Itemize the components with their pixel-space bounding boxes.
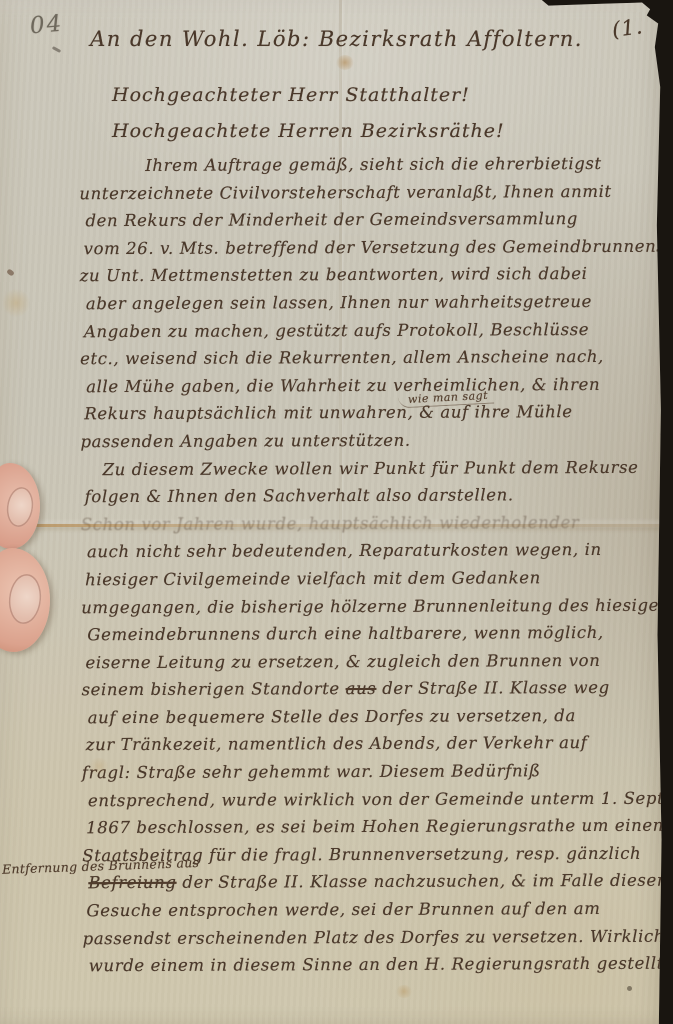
line-text: folgen & Ihnen den Sachverhalt also dars… (85, 485, 514, 506)
ink-stain (336, 55, 354, 70)
line-text-after: der Straße II. Klasse weg (376, 678, 609, 698)
line-text: zu Unt. Mettmenstetten zu beantworten, w… (80, 264, 588, 285)
line-text: Gemeindebrunnens durch eine haltbarere, … (87, 623, 604, 644)
line-text: zur Tränkezeit, namentlich des Abends, d… (86, 733, 588, 754)
line-text: unterzeichnete Civilvorsteherschaft vera… (79, 181, 611, 202)
struck-word: aus (346, 679, 377, 698)
manuscript-line: aber angelegen sein lassen, Ihnen nur wa… (86, 288, 638, 318)
manuscript-line: auf eine bequemere Stelle des Dorfes zu … (88, 702, 640, 732)
manuscript-line: Gesuche entsprochen werde, sei der Brunn… (86, 895, 638, 925)
salutation-line-1: Hochgeachteter Herr Statthalter! (112, 84, 470, 106)
paper-stain (2, 288, 30, 318)
manuscript-line: hiesiger Civilgemeinde vielfach mit dem … (85, 564, 637, 594)
manuscript-line: zur Tränkezeit, namentlich des Abends, d… (86, 729, 638, 759)
manuscript-line: Ihrem Auftrage gemäß, sieht sich die ehr… (83, 150, 635, 180)
line-text: 1867 beschlossen, es sei beim Hohen Regi… (86, 816, 664, 838)
horizontal-fold-crease (30, 524, 667, 527)
manuscript-line: zu Unt. Mettmenstetten zu beantworten, w… (80, 260, 632, 290)
manuscript-line: Angaben zu machen, gestützt aufs Protoko… (84, 315, 636, 345)
line-text: eiserne Leitung zu ersetzen, & zugleich … (85, 651, 600, 672)
manuscript-line: unterzeichnete Civilvorsteherschaft vera… (79, 177, 631, 207)
line-text: alle Mühe gaben, die Wahrheit zu verheim… (86, 375, 600, 396)
address-line: An den Wohl. Löb: Bezirksrath Affoltern. (0, 27, 673, 51)
line-text: Angaben zu machen, gestützt aufs Protoko… (84, 320, 589, 341)
photo-background: 04 (1. An den Wohl. Löb: Bezirksrath Aff… (0, 0, 673, 1024)
line-text: Ihrem Auftrage gemäß, sieht sich die ehr… (145, 154, 601, 175)
manuscript-line: vom 26. v. Mts. betreffend der Versetzun… (84, 233, 636, 263)
line-text: vom 26. v. Mts. betreffend der Versetzun… (84, 236, 666, 258)
line-text: aber angelegen sein lassen, Ihnen nur wa… (86, 292, 592, 313)
manuscript-line: Gemeindebrunnens durch eine haltbarere, … (87, 619, 639, 649)
dark-speck (627, 986, 632, 991)
manuscript-line: 1867 beschlossen, es sei beim Hohen Regi… (86, 812, 638, 842)
fingernail (4, 485, 35, 528)
fingernail (6, 572, 43, 625)
line-text: Rekurs hauptsächlich mit unwahren, & auf… (84, 402, 572, 423)
line-text: fragl: Straße sehr gehemmt war. Diesem B… (82, 761, 541, 782)
manuscript-line: etc., weisend sich die Rekurrenten, alle… (80, 343, 632, 373)
foxing-spot (88, 758, 110, 774)
line-text: umgegangen, die bisherige hölzerne Brunn… (81, 595, 670, 617)
line-text-after: der Straße II. Klasse nachzusuchen, & im… (176, 871, 673, 892)
line-text: wurde einem in diesem Sinne an den H. Re… (89, 954, 673, 976)
struck-word: Befreiung (88, 873, 176, 892)
manuscript-line: fragl: Straße sehr gehemmt war. Diesem B… (82, 757, 634, 787)
manuscript-line: alle Mühe gaben, die Wahrheit zu verheim… (86, 371, 638, 401)
line-text: Zu diesem Zwecke wollen wir Punkt für Pu… (103, 457, 639, 478)
line-text: auch nicht sehr bedeutenden, Reparaturko… (87, 540, 602, 561)
manuscript-line: wurde einem in diesem Sinne an den H. Re… (89, 950, 641, 980)
line-text: etc., weisend sich die Rekurrenten, alle… (80, 347, 604, 368)
salutation-line-2: Hochgeachtete Herren Bezirksräthe! (112, 120, 505, 142)
line-text: hiesiger Civilgemeinde vielfach mit dem … (85, 568, 541, 589)
manuscript-line: eiserne Leitung zu ersetzen, & zugleich … (85, 646, 637, 676)
line-text: passendst erscheinenden Platz des Dorfes… (83, 926, 665, 948)
manuscript-page: 04 (1. An den Wohl. Löb: Bezirksrath Aff… (0, 0, 673, 1024)
line-text: auf eine bequemere Stelle des Dorfes zu … (88, 706, 576, 727)
line-text: seinem bisherigen Standorte (82, 679, 346, 699)
line-text: den Rekurs der Minderheit der Gemeindsve… (85, 209, 578, 230)
manuscript-line: Zu diesem Zwecke wollen wir Punkt für Pu… (87, 453, 639, 483)
manuscript-line: entsprechend, wurde wirklich von der Gem… (88, 784, 640, 814)
manuscript-line: umgegangen, die bisherige hölzerne Brunn… (81, 591, 633, 621)
ink-speck (6, 268, 15, 276)
manuscript-line: auch nicht sehr bedeutenden, Reparaturko… (87, 536, 639, 566)
line-text: entsprechend, wurde wirklich von der Gem… (88, 788, 673, 810)
manuscript-line: passenden Angaben zu unterstützen. (80, 426, 632, 456)
manuscript-line: Befreiung der Straße II. Klasse nachzusu… (88, 867, 640, 897)
paper-stain (395, 985, 413, 998)
line-text: passenden Angaben zu unterstützen. (80, 431, 410, 451)
manuscript-line: folgen & Ihnen den Sachverhalt also dars… (85, 481, 637, 511)
manuscript-line: passendst erscheinenden Platz des Dorfes… (83, 922, 635, 952)
manuscript-line: den Rekurs der Minderheit der Gemeindsve… (85, 205, 637, 235)
manuscript-line: Rekurs hauptsächlich mit unwahren, & auf… (84, 398, 636, 428)
manuscript-line: seinem bisherigen Standorte aus der Stra… (81, 674, 633, 704)
line-text: Gesuche entsprochen werde, sei der Brunn… (86, 899, 600, 920)
